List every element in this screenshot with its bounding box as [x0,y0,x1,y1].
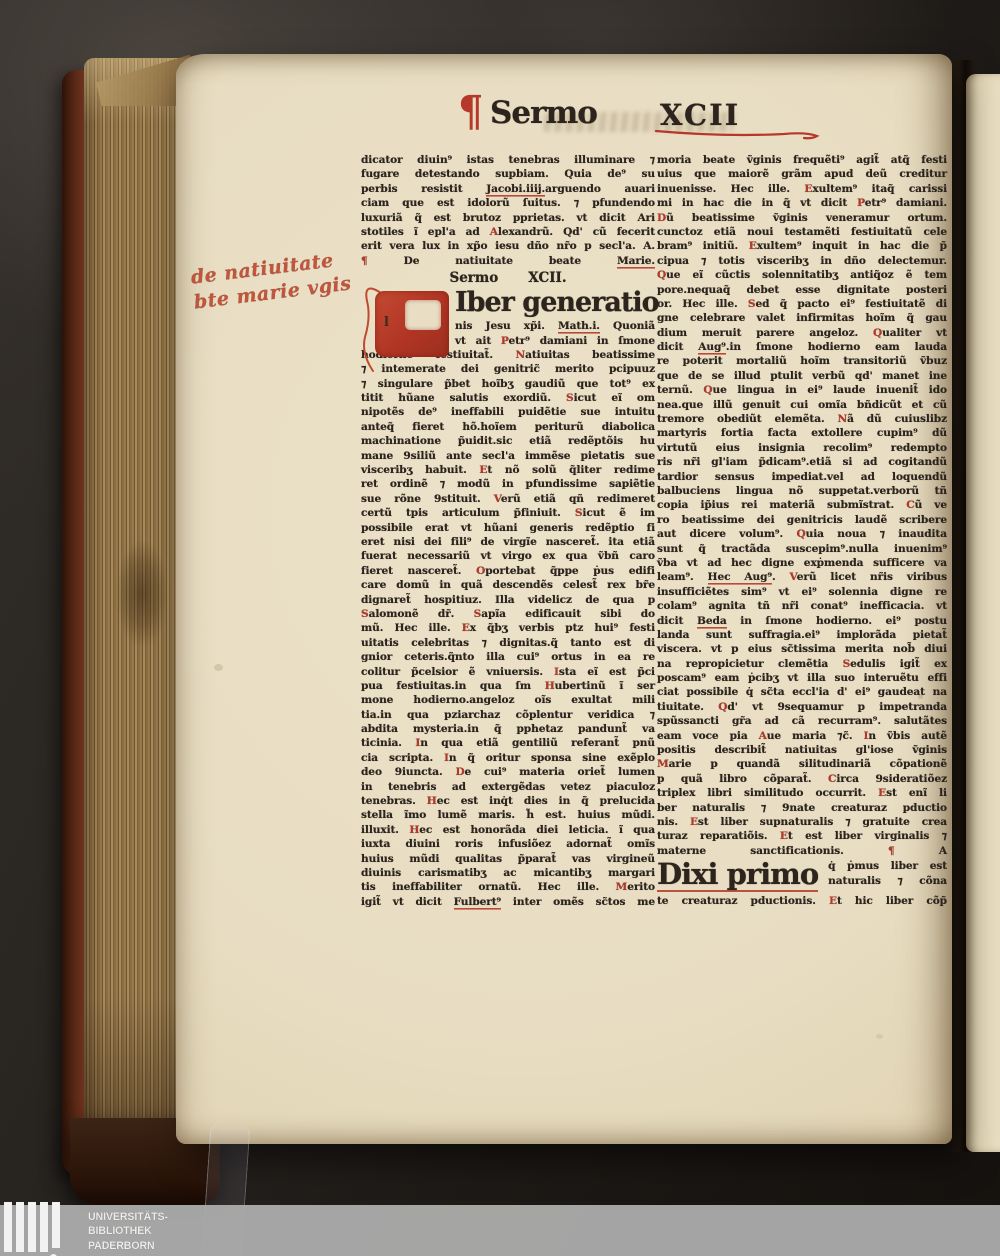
foxing-speck [918,694,923,699]
text-line: ret ordinẽ ⁊ modũ in pfundissime sapiẽti… [361,477,655,491]
text-line: ⁊ singulare p̃bet hoĩbʒ gaudiũ que tot⁹ … [361,377,655,391]
text-line: erit vera lux in xp̃o iesu dño nr̃o p se… [361,239,655,253]
left-column-body: hodierne festiuitat̃. Natiuitas beatissi… [361,348,655,909]
text-line: aut dicere volum⁹. Quia noua ⁊ inaudita [657,527,947,541]
text-line: igit̃ vt dicit Fulbert⁹ inter omẽs sc̃to… [361,895,655,909]
dixi-tail-line: te creaturaz pductionis. Et hic liber cõ… [657,894,947,908]
text-line: ternũ. Que lingua in ei⁹ laude inuenit̃ … [657,383,947,397]
photograph-of-incunable-book: ¶ Sermo XCII de natiuitatebte marie vgis… [0,0,1000,1256]
text-line: mone hodierno.angeloz oĩs exultat mili [361,693,655,707]
text-line: ṽba vt ad hec digne exṗmenda sufficere v… [657,556,947,570]
manuscript-page: ¶ Sermo XCII de natiuitatebte marie vgis… [176,54,952,1144]
text-line: eret nisi dei fili⁹ de virgĩe nasceret̃.… [361,535,655,549]
guide-letter: l [384,315,389,330]
sermo-number-heading: Sermo XCII. [361,270,655,287]
text-column-left: dicator diuin⁹ istas tenebras illuminare… [361,153,655,909]
running-header-title: Sermo [490,96,597,130]
dixi-primo-side-lines: q̇ ṗmus liber estnaturalis ⁊ cõna [828,859,947,888]
text-line: anteq̃ fieret hõ.hoĩem periturũ diabolic… [361,420,655,434]
text-line: uitatis celebritas ⁊ dignitas.q̃ tanto e… [361,636,655,650]
facing-page-sliver [966,74,1000,1152]
text-line: colitur p̃celsior ẽ vniuersis. Ista eĩ e… [361,665,655,679]
incipit-block: l Iber generatio nis Jesu xp̃i. Math.i. … [361,288,655,348]
text-line: machinatione p̃uidit.sic etiã redẽptõis … [361,434,655,448]
text-line: bram⁹ initiũ. Exultem⁹ inquit in hac die… [657,239,947,253]
text-line: p quã libro cõparat̃. Circa 9sideratiõez [657,772,947,786]
incipit-heading-text: Iber generatio [455,288,655,319]
marginalia-note: de natiuitatebte marie vgis [190,246,355,315]
text-line: diuinis carismatibʒ ac micantibʒ margari [361,866,655,880]
text-line: certũ tpis articulum p̃finiuit. Sicut ẽ … [361,506,655,520]
text-column-right: moria beate ṽginis frequẽti⁹ agit̃ atq̃ … [657,153,947,909]
text-line: dicit Beda in ſmone hodierno. ei⁹ postu [657,614,947,628]
running-header-folio-number: XCII [660,98,740,132]
text-line: vt ait Petr⁹ damiani in ſmone [455,334,655,348]
text-line: deo 9iuncta. De cui⁹ materia oriet̃ lume… [361,765,655,779]
text-line: mi in hac die in q̃ vt dicit Petr⁹ damia… [657,196,947,210]
text-line: visceribʒ habuit. Et nõ solũ q̃liter red… [361,463,655,477]
text-line: q̇ ṗmus liber est [828,859,947,873]
text-line: moria beate ṽginis frequẽti⁹ agit̃ atq̃ … [657,153,947,167]
text-line: tiuitate. Qd' vt 9sequamur p impetranda [657,700,947,714]
text-line: uius que maiorẽ grãm apud deũ creditur [657,167,947,181]
text-line: tremore obediũt elemẽta. Nã dũ cuiuslibz [657,412,947,426]
text-line: nea.que illũ genuit cui omĩa bñdicũt et … [657,398,947,412]
text-line: ciat possibile q̇ sc̃ta eccl'ia d' ei⁹ g… [657,685,947,699]
library-stamp-text: UNIVERSITÄTS-BIBLIOTHEKPADERBORN [88,1210,168,1253]
sermo-numeral: XCII. [528,270,566,287]
lombard-initial-L: l [375,291,449,357]
text-line: mũ. Hec ille. Ex q̃bʒ verbis ptz hui⁹ fe… [361,621,655,635]
text-line: colam⁹ agnita tñ nr̃i conat⁹ inefficacia… [657,599,947,613]
dixi-primo-heading: Dixi primo [657,859,818,890]
text-line: mane 9siliũ ante secl'a immẽse pietatis … [361,449,655,463]
text-line: landa sunt suffragia.ei⁹ implorãda pieta… [657,628,947,642]
text-line: huius mũdi qualitas p̃parat̃ vas virgine… [361,852,655,866]
text-line: spũssancti gr̃a ad cã recurram⁹. salutãt… [657,714,947,728]
text-line: pua festiuitas.in qua ſm Hubertinũ ĩ ser [361,679,655,693]
text-line: cia scripta. In q̃ oritur sponsa sine ex… [361,751,655,765]
dixi-primo-block: Dixi primo q̇ ṗmus liber estnaturalis ⁊ … [657,859,947,894]
text-line: ¶ De natiuitate beate Marie. [361,254,655,268]
text-line: ticinia. In qua etiã gentiliũ referant̃ … [361,736,655,750]
text-line: eam voce pia Aue maria ⁊c̃. In ṽbis autẽ [657,729,947,743]
text-line: re poterit mortaliũ hoĩm transitoriũ ṽbu… [657,354,947,368]
text-line: sue rõne 9stituit. Verũ etiã qñ redimere… [361,492,655,506]
text-line: martyris fortia facta extollere cupim⁹ d… [657,426,947,440]
fore-edge-stain [116,540,168,648]
text-line: luxuriã q̃ est brutoz pprietas. vt dicit… [361,211,655,225]
text-line: dicit Aug⁹.in ſmone hodierno eam lauda [657,340,947,354]
text-line: nipotẽs de⁹ ineffabili puidẽtie sue intu… [361,405,655,419]
text-line: inuenisse. Hec ille. Exultem⁹ itaq̃ cari… [657,182,947,196]
text-line: iuxta diuini roris infusiõez adornat̃ om… [361,837,655,851]
text-line: nis Jesu xp̃i. Math.i. Quoniã [455,319,655,333]
text-line: gnior ceteris.q̃nto illa cui⁹ ortus in e… [361,650,655,664]
text-line: BIBLIOTHEK [88,1224,168,1238]
text-line: possibile erat vt hũani generis redẽptio… [361,521,655,535]
text-line: balbuciens lingua nõ suppetat.verborũ tñ [657,484,947,498]
library-bars-logo-icon [2,1202,66,1256]
text-line: perbis resistit Jacobi.iiij.arguendo aua… [361,182,655,196]
text-line: stella ĩmo lumẽ maris. h̃ est. huius mũd… [361,808,655,822]
text-line: naturalis ⁊ cõna [828,874,947,888]
text-line: dignaret̃ hospitiuz. Illa videlicz de qu… [361,593,655,607]
intro-paragraph: dicator diuin⁹ istas tenebras illuminare… [361,153,655,268]
text-line: Dũ beatissime ṽginis veneramur ortum. [657,211,947,225]
text-line: que de se illud ptulit verbũ qd' manet i… [657,369,947,383]
text-line: gne celebrare valet infirmitas hoĩm q̃ g… [657,311,947,325]
text-line: dium meruit parere angeloz. Qualiter vt [657,326,947,340]
text-line: cunctoz etiã noui testamẽti festiuitatũ … [657,225,947,239]
text-line: tardior sensus impediat.vel ad loquendũ [657,470,947,484]
text-line: cipua ⁊ totis visceribʒ in dño delectemu… [657,254,947,268]
text-line: fieret nasceret̃. Oportebat q̃ppe ṗus ed… [361,564,655,578]
text-line: na repropicietur clemẽtia Sedulis igit̃ … [657,657,947,671]
red-underline-flourish [654,128,820,140]
text-line: tia.in qua pziarchaz cõplentur veridica … [361,708,655,722]
text-line: ⁊ intemerate dei genitric̃ merito pcipuu… [361,362,655,376]
text-line: fugare detestando supbiam. Quia de⁹ su [361,167,655,181]
text-line: UNIVERSITÄTS- [88,1210,168,1224]
running-header: ¶ Sermo XCII [426,94,846,140]
text-line: illuxit. Hec est honorãda diei leticia. … [361,823,655,837]
foxing-speck [214,664,223,671]
sermo-word: Sermo [449,270,498,287]
text-line: care domũ in quã descendẽs celest̃ rex b… [361,578,655,592]
text-line: titit hũane salutis exordiũ. Sicut eĩ om [361,391,655,405]
text-line: turaz reparatiõis. Et est liber virginal… [657,829,947,843]
text-line: triplex libri similitudo occurrit. Est e… [657,786,947,800]
text-line: dicator diuin⁹ istas tenebras illuminare… [361,153,655,167]
library-stamp-band: UNIVERSITÄTS-BIBLIOTHEKPADERBORN [0,1205,1000,1256]
text-line: insufficiẽtes sim⁹ vt ei⁹ solennia digne… [657,585,947,599]
text-line: positis describit̃ natiuitas gl'iose ṽgi… [657,743,947,757]
text-line: ro beatissime dei genitricis laudẽ scrib… [657,513,947,527]
text-line: ciam que est idolorũ ſuitus. ⁊ pfundendo [361,196,655,210]
text-line: te creaturaz pductionis. Et hic liber cõ… [657,894,947,908]
text-line: fuerat necessariũ vt virgo ex qua ṽbñ ca… [361,549,655,563]
text-line: abdita mysteria.in q̃ pphetaz pandunt̃ v… [361,722,655,736]
foxing-speck [876,1034,883,1039]
right-column-body: moria beate ṽginis frequẽti⁹ agit̃ atq̃ … [657,153,947,858]
text-line: in tenebris ad extergẽdas vetez piaculoz [361,780,655,794]
text-line: ris nr̃i gl'iam p̃dicam⁹.etiã si ad cogi… [657,455,947,469]
text-line: virtutũ eius insignia recolim⁹ redempto [657,441,947,455]
text-line: poscam⁹ eam ṗcibʒ vt illa suo interuẽtu … [657,671,947,685]
text-line: stotiles ĩ epl'a ad Alexandrũ. Qd' cũ fe… [361,225,655,239]
text-line: viscera. vt p eius sc̃tissima merita nob… [657,642,947,656]
text-line: Salomonẽ dr̃. Sapĩa edificauit sibi do [361,607,655,621]
text-line: materne sanctificationis. ¶ A [657,844,947,858]
text-line: leam⁹. Hec Aug⁹. Verũ licet nr̃is viribu… [657,570,947,584]
text-line: Marie p quandã silitudinariã cõpationẽ [657,757,947,771]
text-line: nis. Est liber supnaturalis ⁊ gratuite c… [657,815,947,829]
text-line: Que eĩ cũctis solennitatibʒ antiq̃oz ẽ t… [657,268,947,282]
rubric-pilcrow-icon: ¶ [458,91,483,133]
text-line: copia ip̃ius rei materiã submĩstrat. Cũ … [657,498,947,512]
text-line: or. Hec ille. Sed q̃ pacto ei⁹ festiuita… [657,297,947,311]
initial-counter-space [405,300,441,330]
text-line: sunt q̃ tractãda suscepim⁹.nulla inuenim… [657,542,947,556]
text-line: ber naturalis ⁊ 9nate creaturaz pductio [657,801,947,815]
text-line: PADERBORN [88,1239,168,1253]
text-line: tis ineffabiliter ornatũ. Hec ille. Meri… [361,880,655,894]
text-line: pore.nequaq̃ debet esse dignitate poster… [657,283,947,297]
text-line: tenebras. Hec est inq̇t dies in q̃ prelu… [361,794,655,808]
